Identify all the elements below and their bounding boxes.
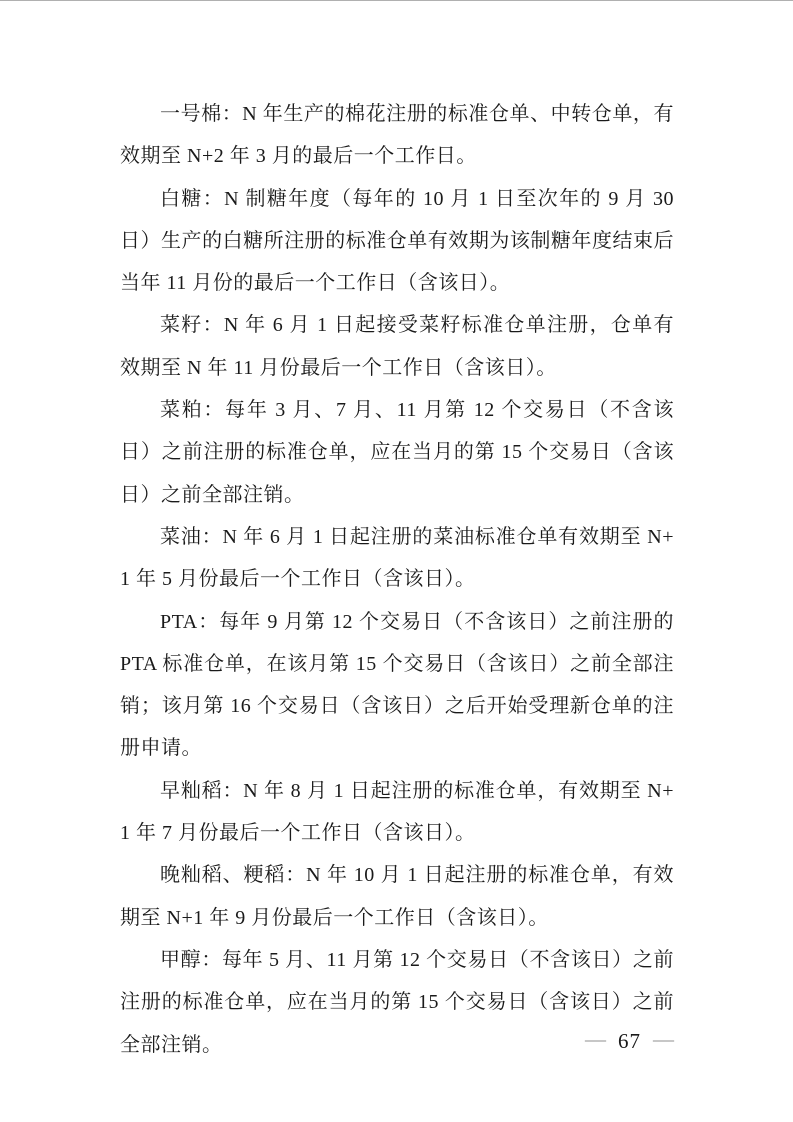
page-top-edge-line <box>0 0 793 1</box>
page-number-right-dash: — <box>653 1027 674 1051</box>
paragraph-rapeseed-oil: 菜油：N 年 6 月 1 日起注册的菜油标准仓单有效期至 N+1 年 5 月份最… <box>120 516 674 601</box>
document-body: 一号棉：N 年生产的棉花注册的标准仓单、中转仓单，有效期至 N+2 年 3 月的… <box>120 93 674 1066</box>
document-page: 一号棉：N 年生产的棉花注册的标准仓单、中转仓单，有效期至 N+2 年 3 月的… <box>0 0 793 1122</box>
page-number-left-dash: — <box>585 1027 606 1051</box>
paragraph-white-sugar: 白糖：N 制糖年度（每年的 10 月 1 日至次年的 9 月 30 日）生产的白… <box>120 178 674 305</box>
page-number: 67 <box>618 1029 641 1053</box>
paragraph-pta: PTA：每年 9 月第 12 个交易日（不含该日）之前注册的 PTA 标准仓单，… <box>120 601 674 770</box>
paragraph-cotton-no1: 一号棉：N 年生产的棉花注册的标准仓单、中转仓单，有效期至 N+2 年 3 月的… <box>120 93 674 178</box>
page-footer: —67— <box>120 1028 674 1054</box>
paragraph-early-indica-rice: 早籼稻：N 年 8 月 1 日起注册的标准仓单，有效期至 N+1 年 7 月份最… <box>120 770 674 855</box>
paragraph-rapeseed: 菜籽：N 年 6 月 1 日起接受菜籽标准仓单注册，仓单有效期至 N 年 11 … <box>120 304 674 389</box>
paragraph-rapeseed-meal: 菜粕：每年 3 月、7 月、11 月第 12 个交易日（不含该日）之前注册的标准… <box>120 389 674 516</box>
paragraph-late-indica-japonica-rice: 晚籼稻、粳稻：N 年 10 月 1 日起注册的标准仓单，有效期至 N+1 年 9… <box>120 854 674 939</box>
